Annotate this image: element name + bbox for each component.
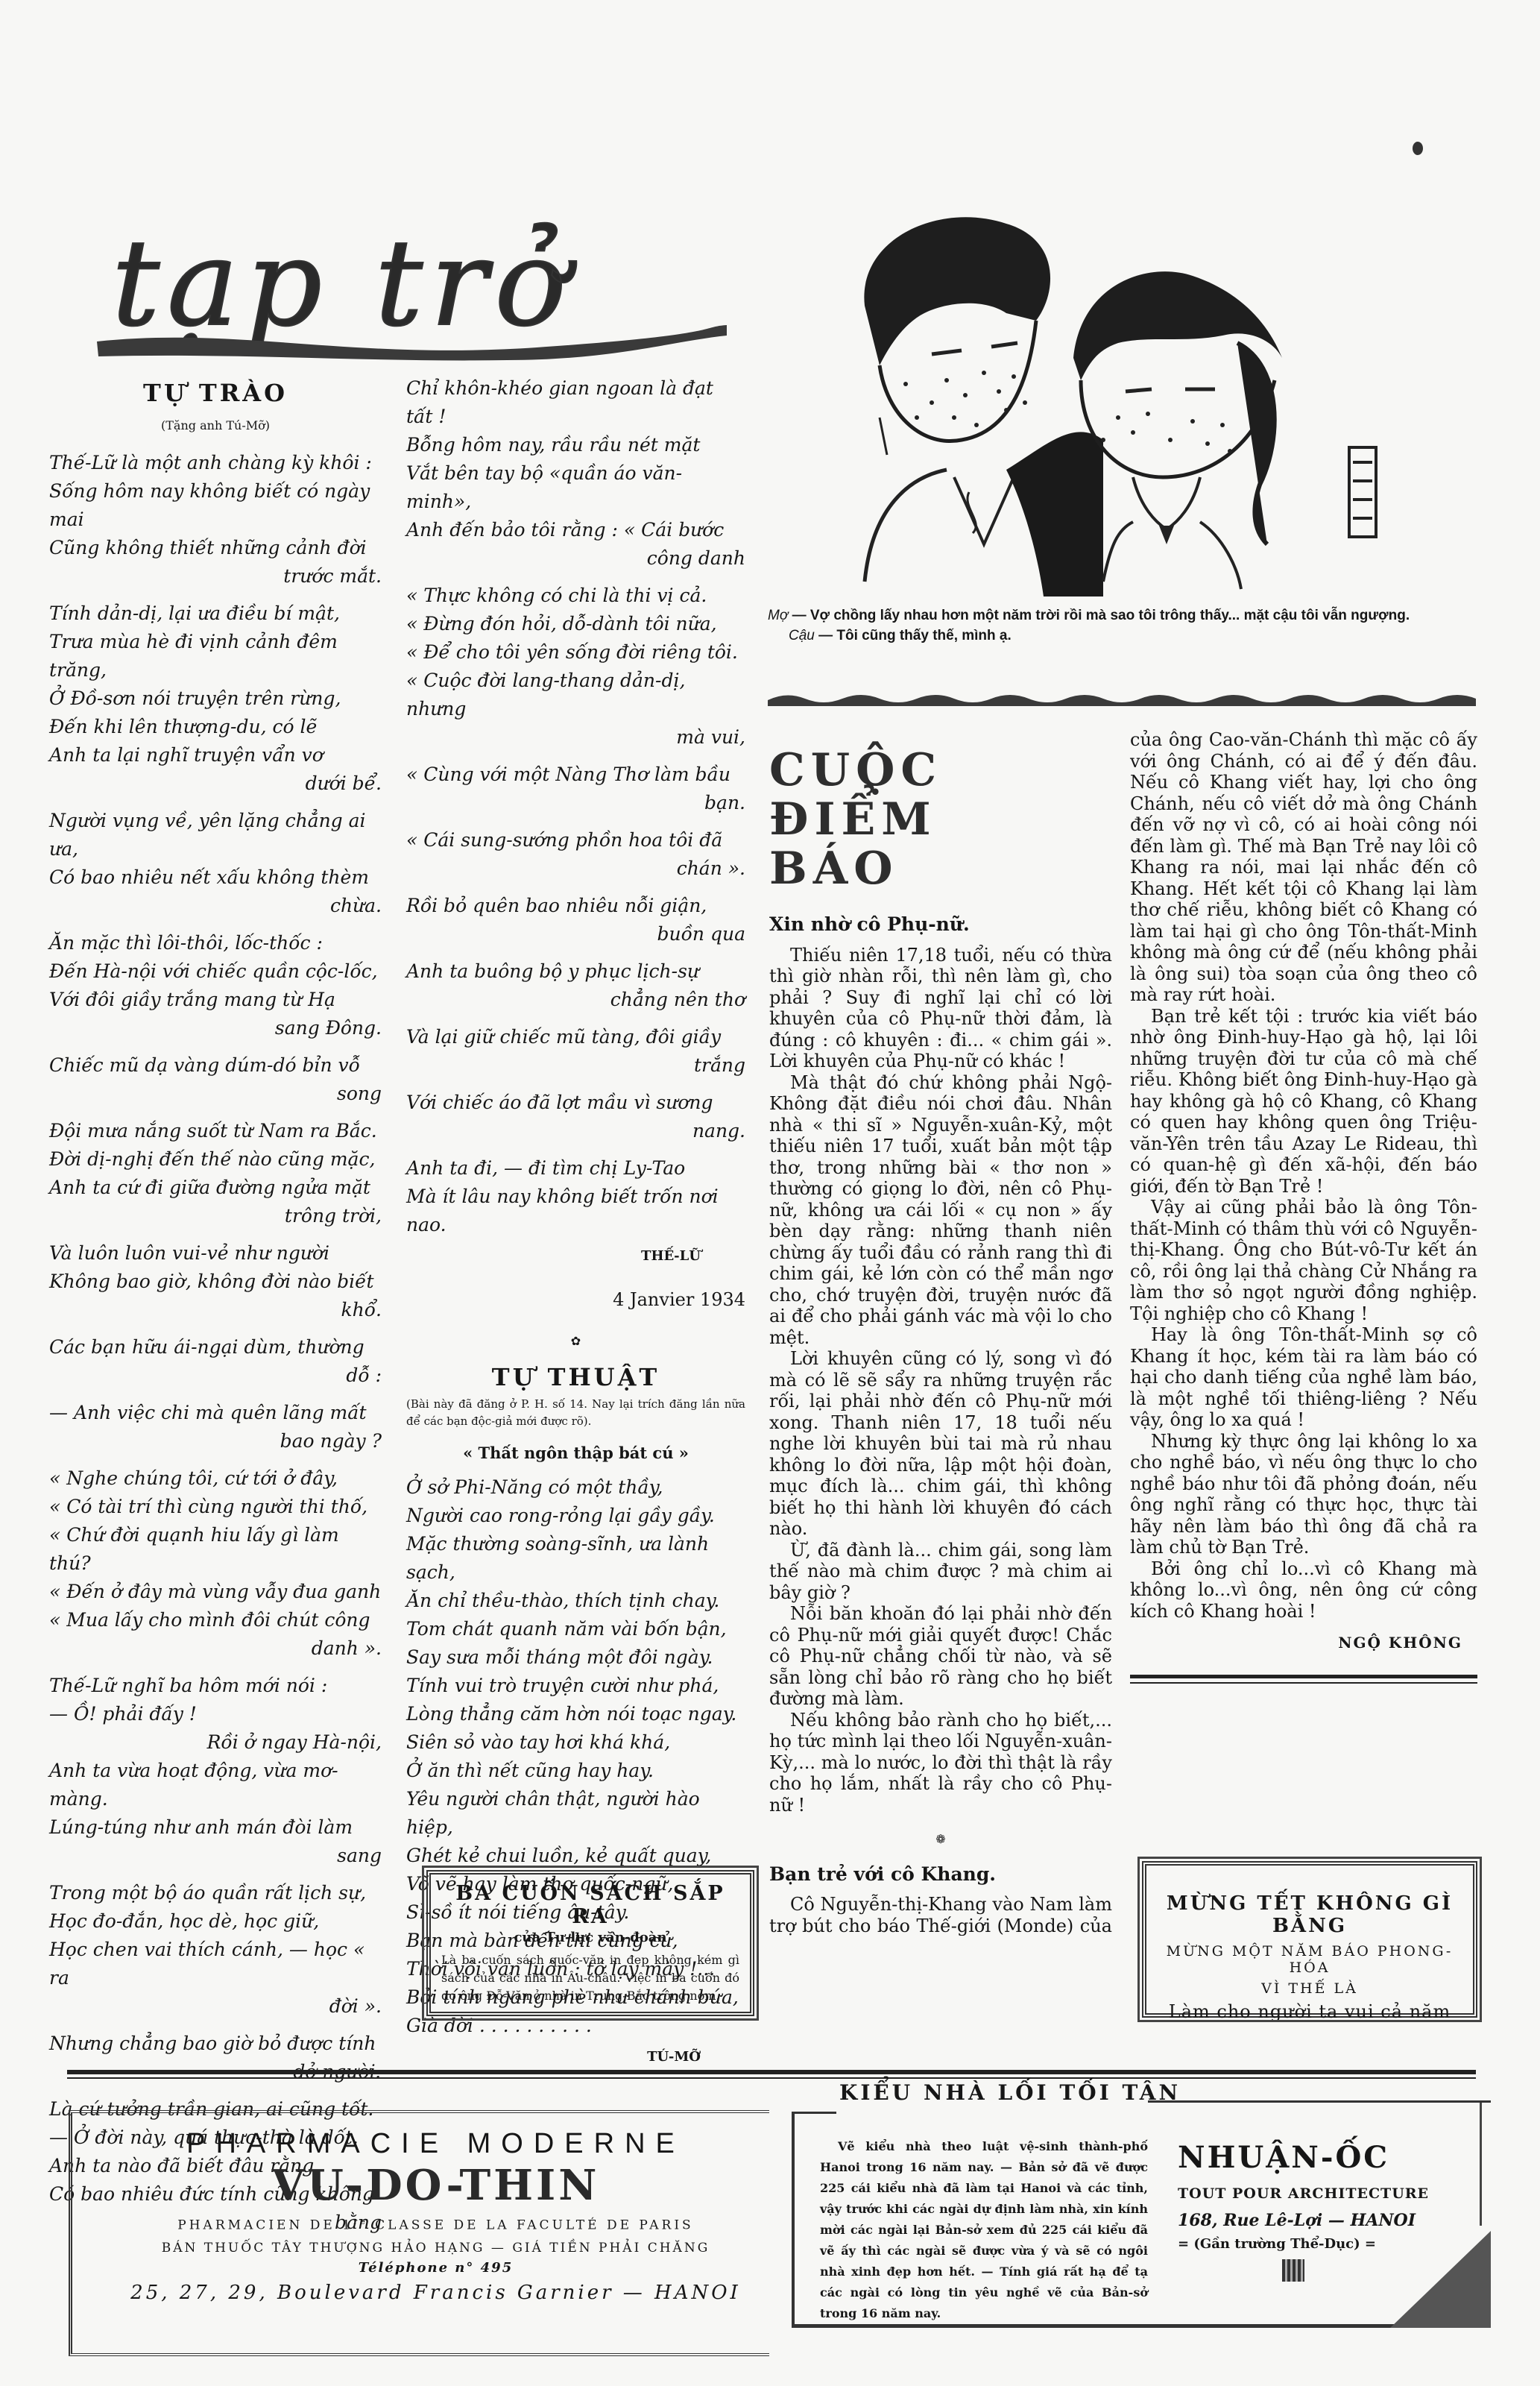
- ad-pharmacy-slogan: BÁN THUỐC TÂY THƯỢNG HẢO HẠNG — GIÁ TIỀN…: [117, 2241, 754, 2256]
- poem-line: Không bao giờ, không đời nào biết: [49, 1268, 382, 1296]
- ad-books-subtitle: của Tự-lực văn-đoàn: [441, 1930, 739, 1945]
- poem-line: Sống hôm nay không biết có ngày mai: [49, 477, 382, 534]
- poem-line: trắng: [406, 1051, 745, 1080]
- poem-line: Học đo-đắn, học dè, học giữ,: [49, 1907, 382, 1936]
- poem-line: Đội mưa nắng suốt từ Nam ra Bắc.: [49, 1117, 382, 1145]
- poem-line: Thế-Lữ là một anh chàng kỳ khôi :: [49, 449, 382, 477]
- ad-pharmacy-phone: Téléphone n° 495: [117, 2260, 754, 2276]
- poem-line: nang.: [406, 1117, 745, 1145]
- poem-line: Ăn mặc thì lôi-thôi, lốc-thốc :: [49, 929, 382, 957]
- poem-line: Tính vui trò truyện cười như phá,: [406, 1672, 745, 1700]
- poem-line: « Thực không có chi là thi vị cả.: [406, 582, 745, 610]
- poem-dedication: (Tặng anh Tú-Mỡ): [49, 412, 382, 440]
- poem-line: Mặc thường soàng-sĩnh, ưa lành sạch,: [406, 1530, 745, 1587]
- poem-line: Các bạn hữu ái-ngại dùm, thường: [49, 1333, 382, 1362]
- poem-line: Anh ta buông bộ y phục lịch-sự: [406, 957, 745, 986]
- poem-line: Yêu người chân thật, người hào hiệp,: [406, 1785, 745, 1842]
- poem-line: Và luôn luôn vui-vẻ như người: [49, 1239, 382, 1268]
- poem-line: Cũng không thiết những cảnh đời: [49, 534, 382, 562]
- poem-line: Anh ta cứ đi giữa đường ngửa mặt: [49, 1174, 382, 1202]
- article-paragraph: Ừ, đã đành là... chim gái, song làm thế …: [769, 1540, 1112, 1604]
- poem-line: chán ».: [406, 854, 745, 883]
- caption-speaker: Cậu: [789, 628, 815, 643]
- caption-speaker: Mợ: [768, 608, 788, 623]
- poem-line: Anh đến bảo tôi rằng : « Cái bước: [406, 516, 745, 544]
- poem-tu-trao-column-1: TỰ TRÀO (Tặng anh Tú-Mỡ) Thế-Lữ là một a…: [49, 379, 382, 2237]
- poem-line: sang: [49, 1842, 382, 1870]
- poem-line: « Có tài trí thì cùng người thi thố,: [49, 1493, 382, 1521]
- poem-line: Học chen vai thích cánh, — học « ra: [49, 1936, 382, 1992]
- poem-line: Đến khi lên thượng-du, có lẽ: [49, 713, 382, 741]
- poem-title: TỰ TRÀO: [49, 379, 382, 407]
- section-heading: Xin nhờ cô Phụ-nữ.: [769, 914, 1112, 936]
- poem-line: công danh: [406, 544, 745, 573]
- poem-line: Bỗng hôm nay, rầu rầu nét mặt: [406, 431, 745, 459]
- poem-line: Với chiếc áo đã lợt mầu vì sương: [406, 1089, 745, 1117]
- ad-books-body: Là ba cuốn sách quốc-văn in đẹp không ké…: [441, 1951, 739, 2005]
- poem-line: Rồi bỏ quên bao nhiêu nỗi giận,: [406, 892, 745, 920]
- poem-line: Say sưa mỗi tháng một đôi ngày.: [406, 1643, 745, 1672]
- poem-line: mà vui,: [406, 723, 745, 752]
- ad-pharmacy-credential: PHARMACIEN DE 1re CLASSE DE LA FACULTÉ D…: [117, 2217, 754, 2233]
- poem-line: Ở ăn thì nết cũng hay hay.: [406, 1757, 745, 1785]
- poem-line: Lúng-túng như anh mán đòi làm: [49, 1813, 382, 1842]
- poem-line: — Anh việc chi mà quên lãng mất: [49, 1399, 382, 1427]
- poem-line: Vắt bên tay bộ «quần áo văn-minh»,: [406, 459, 745, 516]
- ad-tet-line-3: VÌ THẾ LÀ: [1154, 1980, 1465, 1997]
- firm-logo-icon: [1282, 2259, 1304, 2282]
- poem-line: Ăn chỉ thều-thào, thích tịnh chay.: [406, 1587, 745, 1615]
- poem-signature: THẾ-LỮ: [406, 1242, 745, 1271]
- ad-tet-line-2: MỪNG MỘT NĂM BÁO PHONG-HÓA: [1154, 1943, 1465, 1976]
- caption-line-2: — Tôi cũng thấy thế, mình ạ.: [815, 628, 1012, 643]
- ad-architecture-body: Vẽ kiểu nhà theo luật vệ-sinh thành-phố …: [820, 2136, 1148, 2324]
- poem-line: song: [49, 1080, 382, 1108]
- ad-books: BA CUỐN SÁCH SẮP RA của Tự-lực văn-đoàn …: [426, 1870, 754, 2016]
- article-paragraph: Thiếu niên 17,18 tuổi, nếu có thừa thì g…: [769, 945, 1112, 1072]
- poem-line: Người cao rong-rỏng lại gầy gầy.: [406, 1502, 745, 1530]
- poem-line: Tom chát quanh năm vài bốn bận,: [406, 1615, 745, 1643]
- frame-line: [792, 2112, 836, 2114]
- poem-line: Ở Đồ-sơn nói truyện trên rừng,: [49, 684, 382, 713]
- poem-signature: TÚ-MỠ: [406, 2043, 745, 2071]
- poem-title: TỰ THUẬT: [406, 1363, 745, 1391]
- poem-line: danh ».: [49, 1634, 382, 1663]
- poem-line: Chiếc mũ dạ vàng dúm-dó bỉn vỗ: [49, 1051, 382, 1080]
- poem-line: bao ngày ?: [49, 1427, 382, 1455]
- article-paragraph: Nếu không bảo rành cho họ biết,... họ tứ…: [769, 1710, 1112, 1816]
- article-paragraph: Bạn trẻ kết tội : trước kia viết báo nhờ…: [1130, 1006, 1477, 1197]
- article-paragraph: Hay là ông Tôn-thất-Minh sợ cô Khang ít …: [1130, 1324, 1477, 1431]
- poem-line: chẳng nên thơ: [406, 986, 745, 1014]
- ad-pharmacy-name: VU-DO-THIN: [117, 2160, 754, 2211]
- poem-line: dưới bể.: [49, 769, 382, 798]
- poem-line: Thế-Lữ nghĩ ba hôm mới nói :: [49, 1672, 382, 1700]
- article-column-2: của ông Cao-văn-Chánh thì mặc cô ấy với …: [1130, 729, 1477, 1684]
- article-paragraph: Nỗi băn khoăn đó lại phải nhờ đến cô Phụ…: [769, 1603, 1112, 1710]
- poem-line: Với đôi giầy trắng mang từ Hạ: [49, 986, 382, 1014]
- poem-line: Tính dản-dị, lại ưa điều bí mật,: [49, 599, 382, 628]
- poem-line: « Chứ đời quạnh hiu lấy gì làm thú?: [49, 1521, 382, 1578]
- frame-line: [1148, 2100, 1491, 2103]
- section-heading: Bạn trẻ với cô Khang.: [769, 1864, 1112, 1886]
- poem-line: Trưa mùa hè đi vịnh cảnh đêm trăng,: [49, 628, 382, 684]
- flower-ornament-icon: ✿: [406, 1327, 745, 1356]
- poem-line: Anh ta đi, — đi tìm chị Ly-Tao: [406, 1154, 745, 1183]
- firm-address: 168, Rue Lê-Lợi — HANOI: [1178, 2211, 1431, 2230]
- poem-line: « Mua lấy cho mình đôi chút công: [49, 1606, 382, 1634]
- poem-line: « Đừng đón hỏi, dỗ-dành tôi nữa,: [406, 610, 745, 638]
- firm-name: NHUẬN-ỐC: [1178, 2140, 1431, 2175]
- poem-line: đời ».: [49, 1992, 382, 2021]
- poem-line: Chỉ khôn-khéo gian ngoan là đạt tất !: [406, 374, 745, 431]
- divider: [1130, 1675, 1477, 1684]
- caption-line-1: — Vợ chồng lấy nhau hơn một năm trời rồi…: [788, 608, 1410, 623]
- poem-line: Người vụng về, yên lặng chẳng ai ưa,: [49, 807, 382, 863]
- poem-tu-trao-column-2: Chỉ khôn-khéo gian ngoan là đạt tất !Bỗn…: [406, 374, 745, 2071]
- article-column-1: Xin nhờ cô Phụ-nữ. Thiếu niên 17,18 tuổi…: [769, 901, 1112, 1936]
- firm-tagline: TOUT POUR ARCHITECTURE: [1178, 2185, 1431, 2202]
- poem-line: « Cuộc đời lang-thang dản-dị, nhưng: [406, 667, 745, 723]
- poem-line: sang Đông.: [49, 1014, 382, 1042]
- article-paragraph: Mà thật đó chứ không phải Ngộ-Không đặt …: [769, 1072, 1112, 1349]
- poem-line: Và lại giữ chiếc mũ tàng, đôi giầy: [406, 1023, 745, 1051]
- poem-line: dỗ :: [49, 1362, 382, 1390]
- article-title-line: BÁO: [769, 844, 918, 893]
- cartoon-illustration: [835, 194, 1476, 596]
- article-paragraph: Cô Nguyễn-thị-Khang vào Nam làm trợ bút …: [769, 1894, 1112, 1936]
- flower-ornament-icon: ❁: [769, 1829, 1112, 1851]
- ad-pharmacy: PHARMACIE MODERNE VU-DO-THIN PHARMACIEN …: [69, 2110, 769, 2356]
- poem-note: (Bài này đã đăng ở P. H. số 14. Nay lại …: [406, 1396, 745, 1430]
- ad-tet: MỪNG TẾT KHÔNG GÌ BẰNG MỪNG MỘT NĂM BÁO …: [1142, 1861, 1477, 2018]
- poem-line: Ở sở Phi-Năng có một thầy,: [406, 1473, 745, 1502]
- swoosh-underline-icon: [89, 319, 730, 364]
- article-paragraph: Bởi ông chỉ lo...vì cô Khang mà không lo…: [1130, 1558, 1477, 1622]
- poem-line: « Cái sung-sướng phồn hoa tôi đã: [406, 826, 745, 854]
- poem-line: chừa.: [49, 892, 382, 920]
- ad-tet-line-1: MỪNG TẾT KHÔNG GÌ BẰNG: [1154, 1892, 1465, 1937]
- poem-line: Đến Hà-nội với chiếc quần cộc-lốc,: [49, 957, 382, 986]
- poem-line: Đời dị-nghị đến thế nào cũng mặc,: [49, 1145, 382, 1174]
- poem-line: Mà ít lâu nay không biết trốn nơi nao.: [406, 1183, 745, 1239]
- poem-line: Lòng thẳng căm hờn nói toạc ngay.: [406, 1700, 745, 1728]
- article-paragraph: Nhưng kỳ thực ông lại không lo xa cho ng…: [1130, 1431, 1477, 1558]
- poem-line: « Nghe chúng tôi, cứ tới ở đây,: [49, 1464, 382, 1493]
- ad-pharmacy-heading: PHARMACIE MODERNE: [117, 2128, 754, 2160]
- poem-line: khổ.: [49, 1296, 382, 1324]
- poem-lines: Thế-Lữ là một anh chàng kỳ khôi :Sống hô…: [49, 449, 382, 2237]
- cartoon-caption: Mợ — Vợ chồng lấy nhau hơn một năm trời …: [768, 605, 1483, 646]
- poem-line: Có bao nhiêu nết xấu không thèm: [49, 863, 382, 892]
- poem-line: « Đến ở đây mà vùng vẫy đua ganh: [49, 1578, 382, 1606]
- ad-books-title: BA CUỐN SÁCH SẮP RA: [441, 1882, 739, 1928]
- article-title-line: ĐIỂM: [769, 795, 918, 844]
- wavy-divider-icon: [768, 690, 1476, 706]
- article-paragraph: Vậy ai cũng phải bảo là ông Tôn-thất-Min…: [1130, 1197, 1477, 1324]
- poem-line: Nhưng chẳng bao giờ bỏ được tính: [49, 2030, 382, 2058]
- page-mark: [1413, 142, 1423, 155]
- bottom-divider: [67, 2070, 1476, 2079]
- poem-lines: Chỉ khôn-khéo gian ngoan là đạt tất !Bỗn…: [406, 374, 745, 1239]
- poem-line: Ghét kẻ chui luồn, kẻ quất quay,: [406, 1842, 745, 1870]
- article-title-line: CUỘC: [769, 746, 918, 795]
- article-paragraph: Lời khuyên cũng có lý, song vì đó mà có …: [769, 1348, 1112, 1540]
- poem-line: buồn qua: [406, 920, 745, 948]
- article-paragraph: của ông Cao-văn-Chánh thì mặc cô ấy với …: [1130, 729, 1477, 1006]
- section-masthead: tạp trở: [89, 224, 730, 365]
- poem-line: Trong một bộ áo quần rất lịch sự,: [49, 1879, 382, 1907]
- poem-subtitle: « Thất ngôn thập bát cú »: [406, 1439, 745, 1467]
- article-byline: NGỘ KHÔNG: [1130, 1632, 1477, 1654]
- ad-architecture-title: KIỂU NHÀ LỐI TỐI TÂN: [839, 2080, 1181, 2105]
- poem-line: trông trời,: [49, 1202, 382, 1230]
- poem-line: — Ồ! phải đấy !: [49, 1700, 382, 1728]
- poem-line: « Cùng với một Nàng Thơ làm bầu: [406, 761, 745, 789]
- poem-line: « Để cho tôi yên sống đời riêng tôi.: [406, 638, 745, 667]
- poem-line: Siên sỏ vào tay hơi khá khá,: [406, 1728, 745, 1757]
- poem-line: Rồi ở ngay Hà-nội,: [49, 1728, 382, 1757]
- poem-line: bạn.: [406, 789, 745, 817]
- article-title: CUỘC ĐIỂM BÁO: [769, 746, 918, 893]
- frame-line: [1480, 2103, 1482, 2226]
- poem-line: Anh ta vừa hoạt động, vừa mơ-màng.: [49, 1757, 382, 1813]
- corner-ornament: [1390, 2231, 1491, 2328]
- poem-line: trước mắt.: [49, 562, 382, 591]
- poem-date: 4 Janvier 1934: [406, 1285, 745, 1314]
- ad-tet-line-4: Làm cho người ta vui cả năm: [1154, 2001, 1465, 2022]
- ad-pharmacy-address: 25, 27, 29, Boulevard Francis Garnier — …: [117, 2282, 754, 2304]
- poem-line: Anh ta lại nghĩ truyện vẩn vơ: [49, 741, 382, 769]
